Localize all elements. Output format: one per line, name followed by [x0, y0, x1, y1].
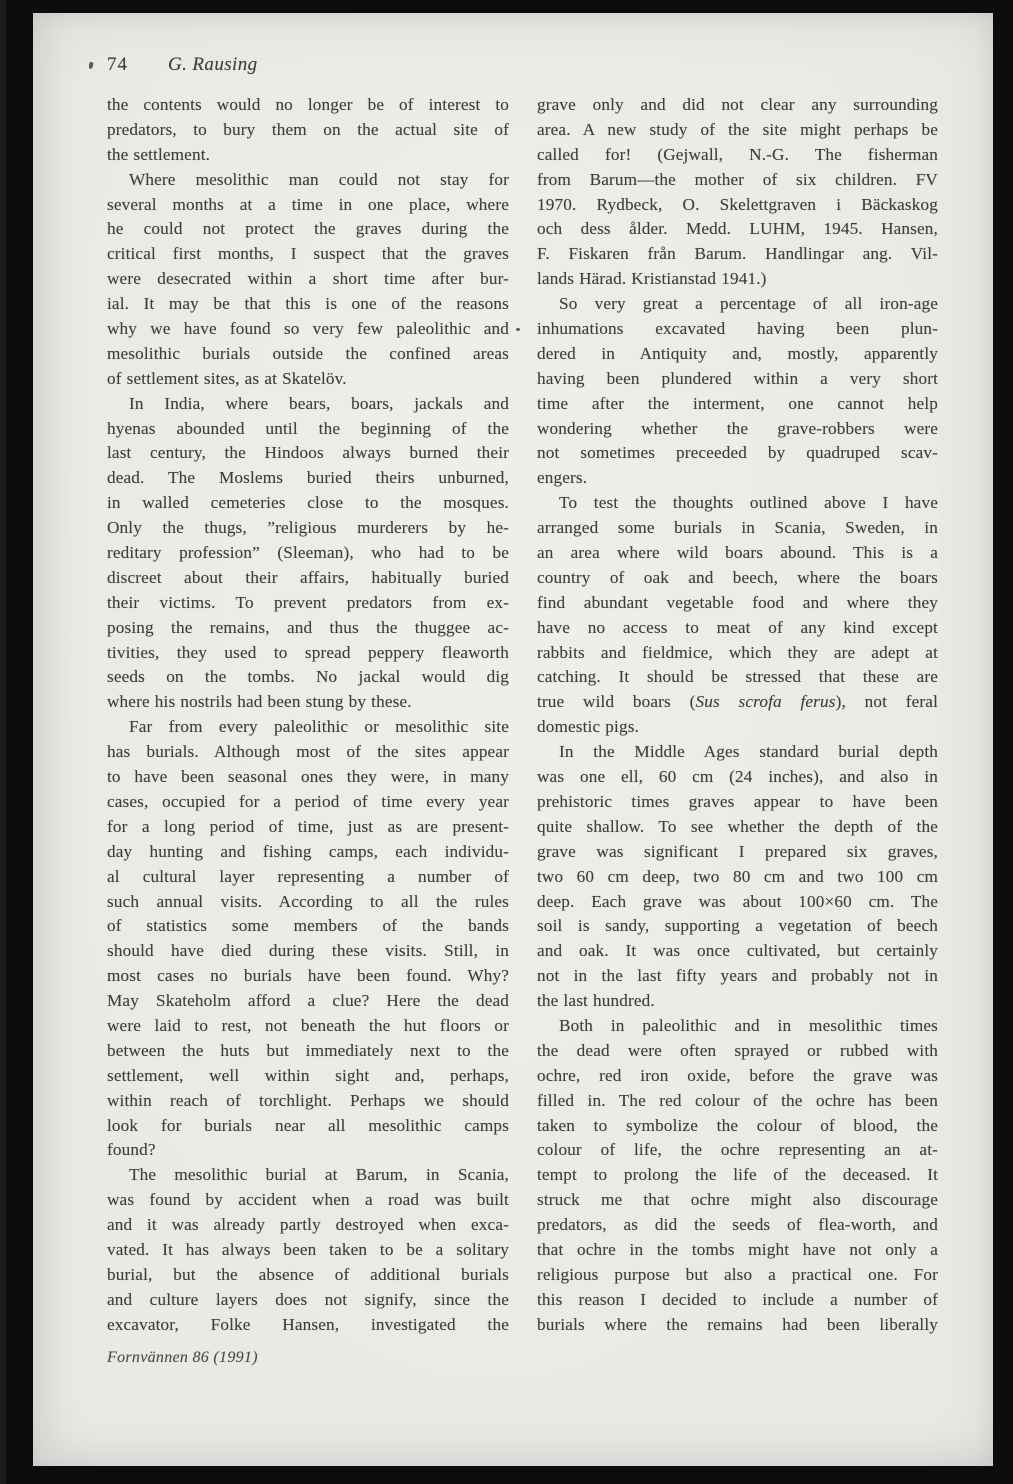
text-line: found? — [107, 1138, 509, 1163]
text-line: dead. The Moslems buried theirs unburned… — [107, 466, 509, 491]
text-line: grave only and did not clear any surroun… — [537, 93, 938, 118]
text-line: the dead were often sprayed or rubbed wi… — [537, 1039, 938, 1064]
text-line: time after the interment, one cannot hel… — [537, 392, 938, 417]
text-line: burials where the remains had been liber… — [537, 1313, 938, 1338]
text-line: wondering whether the grave-robbers were — [537, 417, 938, 442]
text-line: engers. — [537, 466, 938, 491]
text-line: was one ell, 60 cm (24 inches), and also… — [537, 765, 938, 790]
text-line: soil is sandy, supporting a vegetation o… — [537, 914, 938, 939]
text-line: In the Middle Ages standard burial depth — [537, 740, 938, 765]
text-line: 1970. Rydbeck, O. Skelettgraven i Bäckas… — [537, 193, 938, 218]
text-line: deep. Each grave was about 100×60 cm. Th… — [537, 890, 938, 915]
text-line: reditary profession” (Sleeman), who had … — [107, 541, 509, 566]
text-line: true wild boars (Sus scrofa ferus), not … — [537, 690, 938, 715]
text-line: this reason I decided to include a numbe… — [537, 1288, 938, 1313]
text-line: not sometimes preceeded by quadruped sca… — [537, 441, 938, 466]
text-line: of statistics some members of the bands — [107, 914, 509, 939]
text-line: burial, but the absence of additional bu… — [107, 1263, 509, 1288]
text-line: he could not protect the graves during t… — [107, 217, 509, 242]
text-line: May Skateholm afford a clue? Here the de… — [107, 989, 509, 1014]
text-line: The mesolithic burial at Barum, in Scani… — [107, 1163, 509, 1188]
text-line: from Barum—the mother of six children. F… — [537, 168, 938, 193]
right-column: grave only and did not clear any surroun… — [537, 93, 938, 1338]
text-line: and it was already partly destroyed when… — [107, 1213, 509, 1238]
text-line: mesolithic burials outside the confined … — [107, 342, 509, 367]
text-line: F. Fiskaren från Barum. Handlingar ang. … — [537, 242, 938, 267]
text-line: colour of life, the ochre representing a… — [537, 1138, 938, 1163]
text-line: excavator, Folke Hansen, investigated th… — [107, 1313, 509, 1338]
text-line: having been plundered within a very shor… — [537, 367, 938, 392]
text-line: were desecrated within a short time afte… — [107, 267, 509, 292]
text-line: dered in Antiquity and, mostly, apparent… — [537, 342, 938, 367]
text-line: Far from every paleolithic or mesolithic… — [107, 715, 509, 740]
text-line: has burials. Although most of the sites … — [107, 740, 509, 765]
text-line: the last hundred. — [537, 989, 938, 1014]
text-line: where his nostrils had been stung by the… — [107, 690, 509, 715]
text-line: So very great a percentage of all iron-a… — [537, 292, 938, 317]
text-line: prehistoric times graves appear to have … — [537, 790, 938, 815]
text-line: quite shallow. To see whether the depth … — [537, 815, 938, 840]
running-head-author: G. Rausing — [168, 54, 258, 75]
text-line: area. A new study of the site might perh… — [537, 118, 938, 143]
scan-speck — [88, 62, 93, 70]
text-line: have no access to meat of any kind excep… — [537, 616, 938, 641]
text-line: two 60 cm deep, two 80 cm and two 100 cm — [537, 865, 938, 890]
text-line: their victims. To prevent predators from… — [107, 591, 509, 616]
text-line: taken to symbolize the colour of blood, … — [537, 1114, 938, 1139]
text-line: called for! (Gejwall, N.-G. The fisherma… — [537, 143, 938, 168]
text-line: inhumations excavated having been plun- — [537, 317, 938, 342]
text-line: grave was significant I prepared six gra… — [537, 840, 938, 865]
text-line: hyenas abounded until the beginning of t… — [107, 417, 509, 442]
text-line: ochre, red iron oxide, before the grave … — [537, 1064, 938, 1089]
text-line: should have died during these visits. St… — [107, 939, 509, 964]
text-line: within reach of torchlight. Perhaps we s… — [107, 1089, 509, 1114]
text-line: religious purpose but also a practical o… — [537, 1263, 938, 1288]
text-line: find abundant vegetable food and where t… — [537, 591, 938, 616]
text-line: al cultural layer representing a number … — [107, 865, 509, 890]
text-line: that ochre in the tombs might have not o… — [537, 1238, 938, 1263]
text-line: such annual visits. According to all the… — [107, 890, 509, 915]
text-line: in walled cemeteries close to the mosque… — [107, 491, 509, 516]
text-line: of settlement sites, as at Skatelöv. — [107, 367, 509, 392]
text-line: Where mesolithic man could not stay for — [107, 168, 509, 193]
text-line: posing the remains, and thus the thuggee… — [107, 616, 509, 641]
text-body: the contents would no longer be of inter… — [107, 93, 938, 1338]
text-line: predators, to bury them on the actual si… — [107, 118, 509, 143]
page-number: 74 — [107, 54, 128, 75]
text-line: several months at a time in one place, w… — [107, 193, 509, 218]
text-line: Only the thugs, ”religious murderers by … — [107, 516, 509, 541]
text-line: tempt to prolong the life of the decease… — [537, 1163, 938, 1188]
text-line: the settlement. — [107, 143, 509, 168]
text-line: country of oak and beech, where the boar… — [537, 566, 938, 591]
text-line: To test the thoughts outlined above I ha… — [537, 491, 938, 516]
text-line: seeds on the tombs. No jackal would dig — [107, 665, 509, 690]
text-line: rabbits and fieldmice, which they are ad… — [537, 641, 938, 666]
text-line: was found by accident when a road was bu… — [107, 1188, 509, 1213]
text-line: catching. It should be stressed that the… — [537, 665, 938, 690]
text-line: tivities, they used to spread peppery fl… — [107, 641, 509, 666]
text-line: an area where wild boars abound. This is… — [537, 541, 938, 566]
text-line: between the huts but immediately next to… — [107, 1039, 509, 1064]
scanned-journal-page: 74G. Rausing the contents would no longe… — [0, 0, 1013, 1484]
text-line: not in the last fifty years and probably… — [537, 964, 938, 989]
text-line: most cases no burials have been found. W… — [107, 964, 509, 989]
text-line: to have been seasonal ones they were, in… — [107, 765, 509, 790]
text-line: predators, as did the seeds of flea-wort… — [537, 1213, 938, 1238]
paper-sheet: 74G. Rausing the contents would no longe… — [33, 13, 993, 1466]
text-line: discreet about their affairs, habitually… — [107, 566, 509, 591]
journal-footer: Fornvännen 86 (1991) — [107, 1349, 258, 1367]
text-line: the contents would no longer be of inter… — [107, 93, 509, 118]
text-line: Both in paleolithic and in mesolithic ti… — [537, 1014, 938, 1039]
text-line: were laid to rest, not beneath the hut f… — [107, 1014, 509, 1039]
text-line: filled in. The red colour of the ochre h… — [537, 1089, 938, 1114]
text-line: last century, the Hindoos always burned … — [107, 441, 509, 466]
text-line: ial. It may be that this is one of the r… — [107, 292, 509, 317]
text-line: vated. It has always been taken to be a … — [107, 1238, 509, 1263]
text-line: why we have found so very few paleolithi… — [107, 317, 509, 342]
text-line: domestic pigs. — [537, 715, 938, 740]
text-line: In India, where bears, boars, jackals an… — [107, 392, 509, 417]
text-line: lands Härad. Kristianstad 1941.) — [537, 267, 938, 292]
text-line: and oak. It was once cultivated, but cer… — [537, 939, 938, 964]
text-line: day hunting and fishing camps, each indi… — [107, 840, 509, 865]
text-line: look for burials near all mesolithic cam… — [107, 1114, 509, 1139]
text-line: settlement, well within sight and, perha… — [107, 1064, 509, 1089]
text-line: arranged some burials in Scania, Sweden,… — [537, 516, 938, 541]
text-line: critical first months, I suspect that th… — [107, 242, 509, 267]
text-line: och dess ålder. Medd. LUHM, 1945. Hansen… — [537, 217, 938, 242]
text-line: for a long period of time, just as are p… — [107, 815, 509, 840]
text-line: struck me that ochre might also discoura… — [537, 1188, 938, 1213]
text-line: and culture layers does not signify, sin… — [107, 1288, 509, 1313]
left-column: the contents would no longer be of inter… — [107, 93, 509, 1338]
running-head: 74G. Rausing — [107, 54, 258, 76]
text-line: cases, occupied for a period of time eve… — [107, 790, 509, 815]
